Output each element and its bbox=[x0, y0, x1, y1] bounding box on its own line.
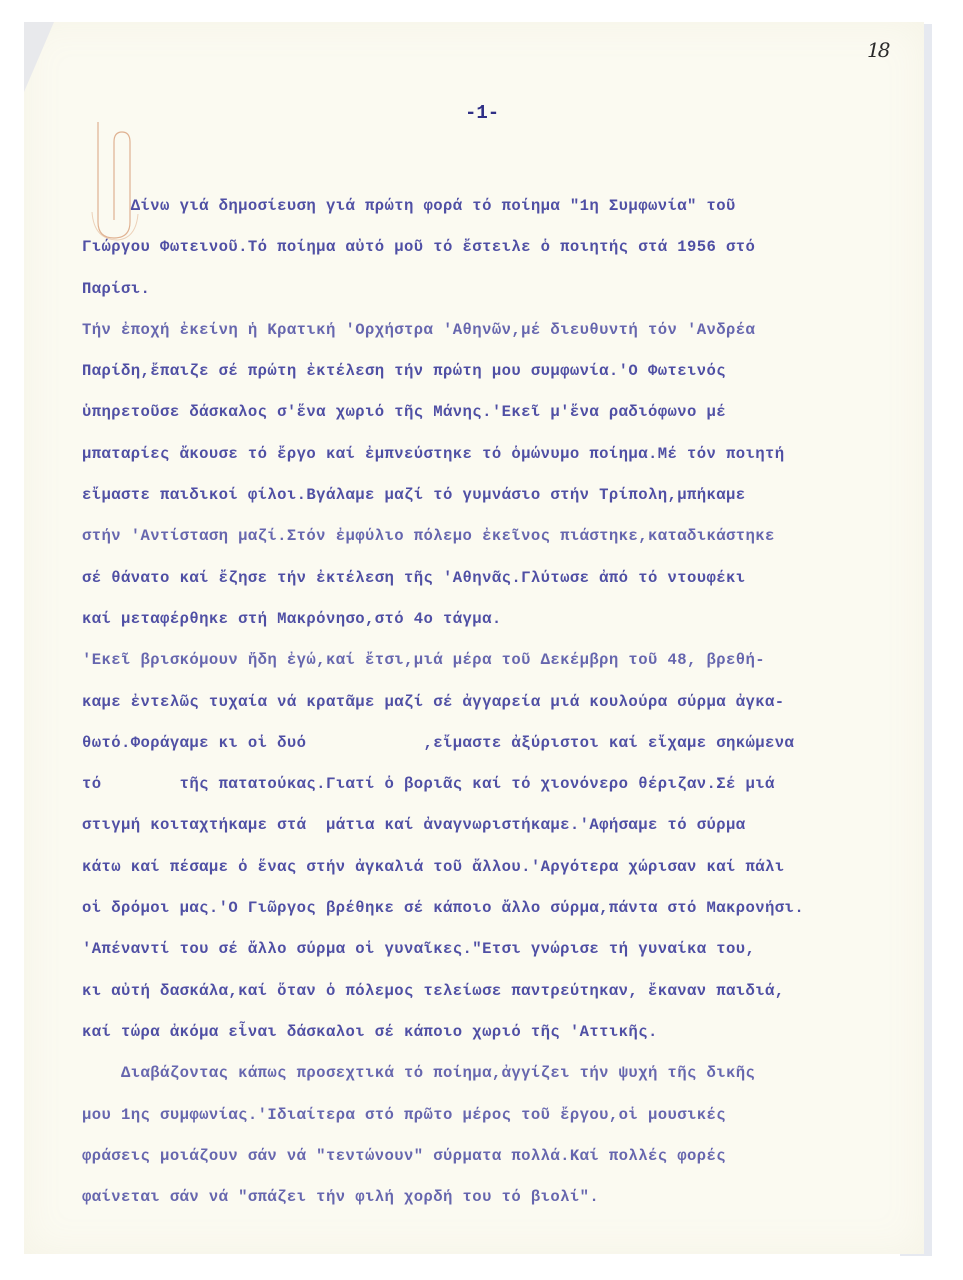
text-line: φαίνεται σάν νά "σπάζει τήν φιλή χορδή τ… bbox=[82, 1177, 912, 1218]
text-line: θωτό.Φοράγαμε κι οἱ δυό ,εἴμαστε ἀξύριστ… bbox=[82, 723, 912, 764]
text-line: οἱ δρόμοι μας.'Ο Γιῶργος βρέθηκε σέ κάπο… bbox=[82, 888, 912, 929]
text-line: φράσεις μοιάζουν σάν νά "τεντώνουν" σύρμ… bbox=[82, 1136, 912, 1177]
scanned-document: 18 -1- Δίνω γιά δημοσίευση γιά πρώτη φορ… bbox=[0, 0, 963, 1280]
typewritten-page: 18 -1- Δίνω γιά δημοσίευση γιά πρώτη φορ… bbox=[24, 22, 924, 1254]
text-line: Παρίσι. bbox=[82, 269, 912, 310]
text-line: στιγμή κοιταχτήκαμε στά μάτια καί ἀναγνω… bbox=[82, 805, 912, 846]
text-line: τό τῆς πατατούκας.Γιατί ὁ βοριᾶς καί τό … bbox=[82, 764, 912, 805]
page-number: -1- bbox=[465, 102, 499, 124]
text-line: κάτω καί πέσαμε ὁ ἕνας στήν ἀγκαλιά τοῦ … bbox=[82, 847, 912, 888]
text-line: καί τώρα ἀκόμα εἶναι δάσκαλοι σέ κάποιο … bbox=[82, 1012, 912, 1053]
text-line: Διαβάζοντας κάπως προσεχτικά τό ποίημα,ἀ… bbox=[82, 1053, 912, 1094]
text-line: κι αὐτή δασκάλα,καί ὅταν ὁ πόλεμος τελεί… bbox=[82, 971, 912, 1012]
folded-corner bbox=[24, 22, 54, 92]
text-line: Γιώργου Φωτεινοῦ.Τό ποίημα αὐτό μοῦ τό ἔ… bbox=[82, 227, 912, 268]
text-line: 'Εκεῖ βρισκόμουν ἤδη ἐγώ,καί ἔτσι,μιά μέ… bbox=[82, 640, 912, 681]
text-line: σέ θάνατο καί ἔζησε τήν ἐκτέλεση τῆς 'Αθ… bbox=[82, 558, 912, 599]
body-text: Δίνω γιά δημοσίευση γιά πρώτη φορά τό πο… bbox=[82, 186, 912, 1218]
text-line: Δίνω γιά δημοσίευση γιά πρώτη φορά τό πο… bbox=[82, 186, 912, 227]
text-line: ὑπηρετοῦσε δάσκαλος σ'ἕνα χωριό τῆς Μάνη… bbox=[82, 392, 912, 433]
text-line: μου 1ης συμφωνίας.'Ιδιαίτερα στό πρῶτο μ… bbox=[82, 1095, 912, 1136]
text-line: εἴμαστε παιδικοί φίλοι.Βγάλαμε μαζί τό γ… bbox=[82, 475, 912, 516]
text-line: μπαταρίες ἄκουσε τό ἔργο καί ἐμπνεύστηκε… bbox=[82, 434, 912, 475]
text-line: στήν 'Αντίσταση μαζί.Στόν ἐμφύλιο πόλεμο… bbox=[82, 516, 912, 557]
folio-annotation: 18 bbox=[867, 38, 888, 62]
text-line: καί μεταφέρθηκε στή Μακρόνησο,στό 4ο τάγ… bbox=[82, 599, 912, 640]
text-line: Παρίδη,ἔπαιζε σέ πρώτη ἐκτέλεση τήν πρώτ… bbox=[82, 351, 912, 392]
text-line: καμε ἐντελῶς τυχαία νά κρατᾶμε μαζί σέ ἀ… bbox=[82, 682, 912, 723]
text-line: 'Απέναντί του σέ ἄλλο σύρμα οἱ γυναῖκες.… bbox=[82, 929, 912, 970]
text-line: Τήν ἐποχή ἐκείνη ἡ Κρατική 'Ορχήστρα 'Αθ… bbox=[82, 310, 912, 351]
